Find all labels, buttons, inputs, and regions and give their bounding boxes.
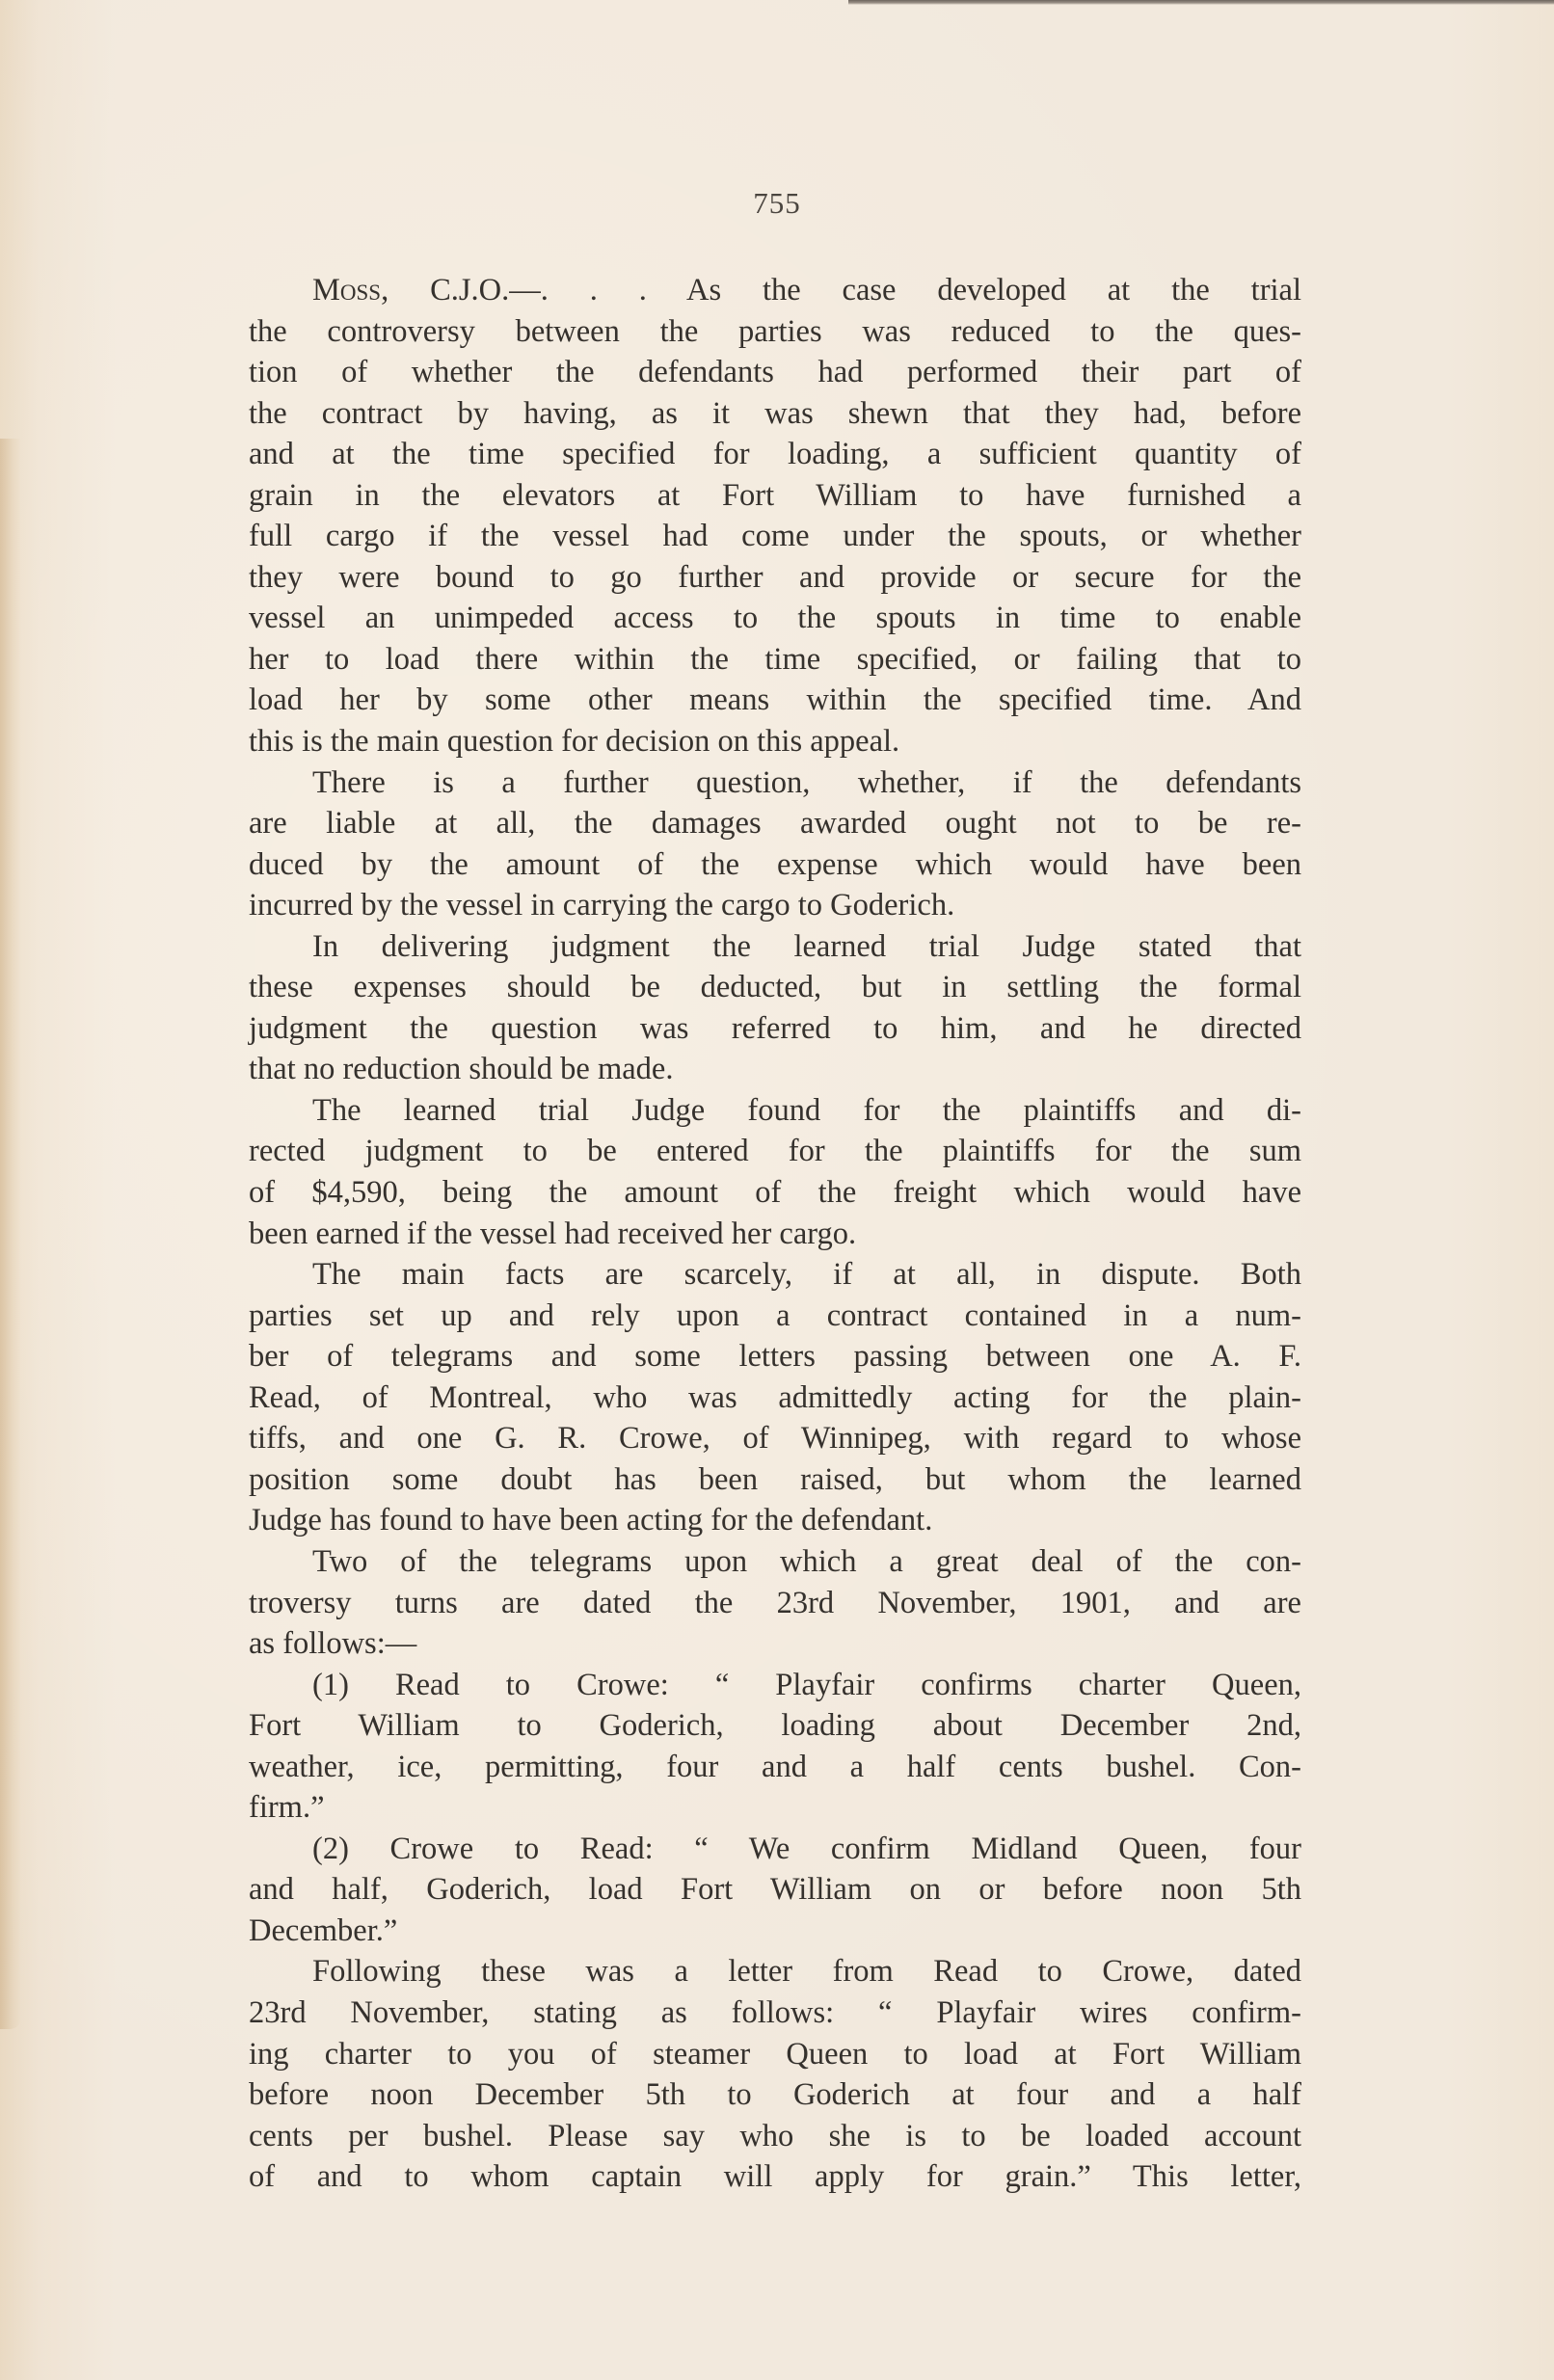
text-line: firm.” <box>249 1787 1301 1829</box>
text-line: The learned trial Judge found for the pl… <box>249 1090 1301 1132</box>
telegram-quote-2: (2) Crowe to Read: “ We confirm Midland … <box>249 1829 1301 1952</box>
page-top-edge-shadow <box>848 0 1554 5</box>
text-line: before noon December 5th to Goderich at … <box>249 2074 1301 2116</box>
text-line: of and to whom captain will apply for gr… <box>249 2156 1301 2198</box>
text-line: tiffs, and one G. R. Crowe, of Winnipeg,… <box>249 1418 1301 1459</box>
text-line: rected judgment to be entered for the pl… <box>249 1131 1301 1172</box>
text-line: There is a further question, whether, if… <box>249 762 1301 804</box>
text-line: her to load there within the time specif… <box>249 639 1301 681</box>
text-line: they were bound to go further and provid… <box>249 557 1301 599</box>
text-line: that no reduction should be made. <box>249 1049 1301 1090</box>
text-line: 23rd November, stating as follows: “ Pla… <box>249 1992 1301 2034</box>
paragraph: The main facts are scarcely, if at all, … <box>249 1254 1301 1541</box>
body-text: Moss, C.J.O.—. . . As the case developed… <box>249 270 1301 2198</box>
text-line: vessel an unimpeded access to the spouts… <box>249 598 1301 639</box>
text-line: Fort William to Goderich, loading about … <box>249 1705 1301 1747</box>
page-number: 755 <box>0 186 1554 221</box>
text-line: Judge has found to have been acting for … <box>249 1500 1301 1541</box>
text-line: parties set up and rely upon a contract … <box>249 1296 1301 1337</box>
judge-name: Moss <box>312 273 381 308</box>
binding-shadow <box>0 439 21 2029</box>
paragraph: Following these was a letter from Read t… <box>249 1951 1301 2197</box>
text-line: incurred by the vessel in carrying the c… <box>249 885 1301 926</box>
text-line: the controversy between the parties was … <box>249 311 1301 353</box>
text-line: Two of the telegrams upon which a great … <box>249 1541 1301 1583</box>
text-line: ber of telegrams and some letters passin… <box>249 1336 1301 1377</box>
text-line: the contract by having, as it was shewn … <box>249 393 1301 435</box>
text-line: are liable at all, the damages awarded o… <box>249 803 1301 844</box>
text-line: of $4,590, being the amount of the freig… <box>249 1172 1301 1214</box>
paragraph: Moss, C.J.O.—. . . As the case developed… <box>249 270 1301 762</box>
text-line: judgment the question was referred to hi… <box>249 1008 1301 1050</box>
text-line: load her by some other means within the … <box>249 680 1301 721</box>
text-line: (1) Read to Crowe: “ Playfair confirms c… <box>249 1665 1301 1706</box>
judge-title: , C.J.O.—. . . <box>381 273 686 308</box>
text-line: (2) Crowe to Read: “ We confirm Midland … <box>249 1829 1301 1870</box>
text-line: full cargo if the vessel had come under … <box>249 516 1301 557</box>
paragraph: The learned trial Judge found for the pl… <box>249 1090 1301 1254</box>
text-line: position some doubt has been raised, but… <box>249 1459 1301 1501</box>
text-line: and half, Goderich, load Fort William on… <box>249 1869 1301 1911</box>
text-line: duced by the amount of the expense which… <box>249 844 1301 886</box>
text-line: grain in the elevators at Fort William t… <box>249 475 1301 517</box>
paragraph: In delivering judgment the learned trial… <box>249 926 1301 1090</box>
text-line: December.” <box>249 1911 1301 1952</box>
text-line: Read, of Montreal, who was admittedly ac… <box>249 1377 1301 1419</box>
text-line: been earned if the vessel had received h… <box>249 1214 1301 1255</box>
text-line: Moss, C.J.O.—. . . As the case developed… <box>249 270 1301 311</box>
text-line: The main facts are scarcely, if at all, … <box>249 1254 1301 1296</box>
text-line: and at the time specified for loading, a… <box>249 434 1301 475</box>
paragraph: There is a further question, whether, if… <box>249 762 1301 926</box>
text-line: In delivering judgment the learned trial… <box>249 926 1301 968</box>
text-line: these expenses should be deducted, but i… <box>249 967 1301 1008</box>
text-line: troversy turns are dated the 23rd Novemb… <box>249 1583 1301 1624</box>
text-line: as follows:— <box>249 1623 1301 1665</box>
text-line: Following these was a letter from Read t… <box>249 1951 1301 1992</box>
telegram-quote-1: (1) Read to Crowe: “ Playfair confirms c… <box>249 1665 1301 1829</box>
text-line: weather, ice, permitting, four and a hal… <box>249 1747 1301 1788</box>
text-line: tion of whether the defendants had perfo… <box>249 352 1301 393</box>
text-line: this is the main question for decision o… <box>249 721 1301 762</box>
text-line: ing charter to you of steamer Queen to l… <box>249 2034 1301 2075</box>
paragraph: Two of the telegrams upon which a great … <box>249 1541 1301 1665</box>
text-line: cents per bushel. Please say who she is … <box>249 2116 1301 2157</box>
